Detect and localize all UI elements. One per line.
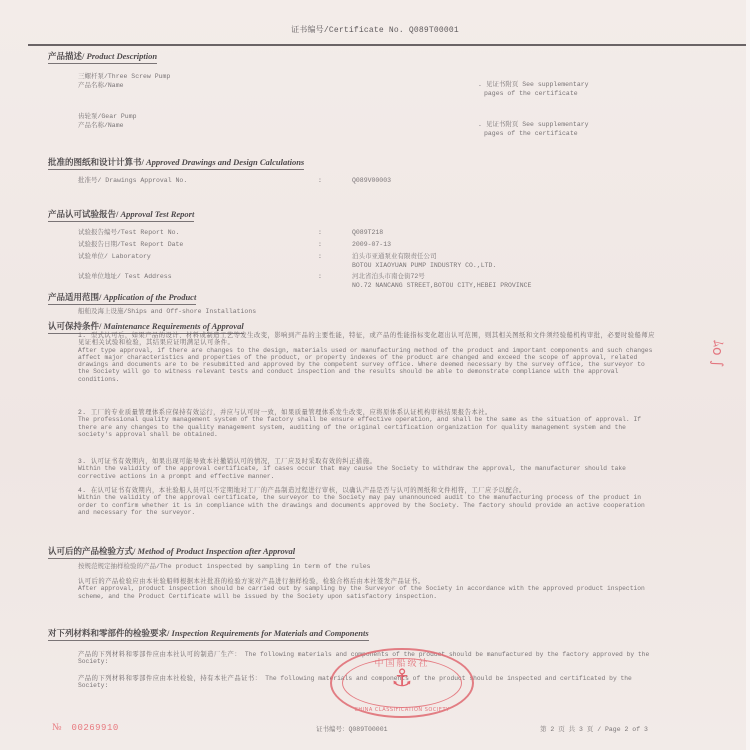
paragraph-en: The professional quality management syst…: [78, 416, 658, 438]
paragraph-cn: 认可后的产品检验应由本社验船师根据本社批准的检验方案对产品进行抽样检验，检验合格…: [78, 578, 658, 585]
note-text: 见证书附页 See supplementary: [486, 121, 589, 128]
paragraph-cn: 产品的下列材料和零部件应由本社认可的制造厂生产：: [78, 651, 241, 658]
laboratory-value-cn: 泊头市亚通泵业有限责任公司: [352, 252, 437, 261]
paragraph-cn: 1. 型式认可后，如果产品的设计、材料或制造工艺等发生改变，影响到产品的主要性能…: [78, 332, 658, 347]
section-title-cn: 对下列材料和零部件的检验要求: [48, 628, 167, 638]
anchor-icon: ⚓: [391, 666, 413, 690]
sep: :: [318, 272, 322, 281]
scan-edge: [746, 0, 750, 750]
paragraph-en: After approval, product inspection shoul…: [78, 585, 658, 600]
section-title-en: Inspection Requirements for Materials an…: [172, 628, 369, 638]
test-report-no-label: 试验报告编号/Test Report No.: [78, 228, 179, 237]
product-name-label-1: 产品名称/Name: [78, 81, 124, 90]
section-title-en: Product Description: [87, 51, 158, 61]
section-title-cn: 产品描述: [48, 51, 82, 61]
certificate-no-label: 证书编号/Certificate No.: [291, 26, 404, 35]
note-text-2: pages of the certificate: [478, 129, 589, 138]
section-inspection-method: 认可后的产品检验方式/ Method of Product Inspection…: [48, 545, 295, 559]
certificate-no-value: Q089T00001: [409, 26, 459, 35]
section-title-en: Method of Product Inspection after Appro…: [138, 546, 296, 556]
test-address-value-en: NO.72 NANCANG STREET,BOTOU CITY,HEBEI PR…: [352, 281, 531, 290]
section-title-en: Approval Test Report: [121, 209, 195, 219]
test-address-value-cn: 河北省泊头市南仓街72号: [352, 272, 425, 281]
test-report-date-value: 2009-07-13: [352, 240, 391, 249]
drawings-approval-label: 批准号/ Drawings Approval No.: [78, 176, 187, 185]
paragraph-cn: 3. 认可证书有效期内，如果出现可能导致本社撤销认可的情况，工厂应及时采取有效的…: [78, 458, 658, 465]
product-note-1: . 见证书附页 See supplementary pages of the c…: [478, 80, 589, 98]
section-title-en: Maintenance Requirements of Approval: [104, 321, 244, 331]
product-type-2: 齿轮泵/Gear Pump: [78, 112, 137, 121]
sep: :: [318, 252, 322, 261]
section-application: 产品适用范围/ Application of the Product: [48, 291, 196, 305]
paragraph-cn: 2. 工厂的专业质量管理体系应保持有效运行，并应与认可时一致，如果质量管理体系发…: [78, 409, 658, 416]
paragraph-cn: 产品的下列材料和零部件应由本社检验，持有本社产品证书：: [78, 675, 262, 682]
serial-number: №00269910: [52, 722, 119, 733]
official-seal-stamp: 中国船级社 ⚓ CHINA CLASSIFICATION SOCIETY: [330, 648, 474, 718]
paragraph-en: Within the validity of the approval cert…: [78, 465, 658, 480]
paragraph-en: After type approval, if there are change…: [78, 347, 658, 383]
section-title-en: Application of the Product: [104, 292, 197, 302]
section-title-cn: 认可保持条件: [48, 321, 99, 331]
serial-no-label: №: [52, 722, 62, 733]
sep: :: [318, 228, 322, 237]
section-approved-drawings: 批准的图纸和设计计算书/ Approved Drawings and Desig…: [48, 156, 304, 170]
paragraph-en: Within the validity of the approval cert…: [78, 494, 658, 516]
sep: :: [318, 240, 322, 249]
maintenance-paragraph-2: 2. 工厂的专业质量管理体系应保持有效运行，并应与认可时一致，如果质量管理体系发…: [78, 409, 658, 438]
section-approval-test-report: 产品认可试验报告/ Approval Test Report: [48, 208, 194, 222]
serial-no-value: 00269910: [72, 723, 119, 733]
section-title-cn: 产品适用范围: [48, 292, 99, 302]
drawings-approval-value: Q089V00003: [352, 176, 391, 185]
product-name-label-2: 产品名称/Name: [78, 121, 124, 130]
laboratory-value-en: BOTOU XIAOYUAN PUMP INDUSTRY CO.,LTD.: [352, 261, 496, 270]
product-note-2: . 见证书附页 See supplementary pages of the c…: [478, 120, 589, 138]
maintenance-paragraph-3: 3. 认可证书有效期内，如果出现可能导致本社撤销认可的情况，工厂应及时采取有效的…: [78, 458, 658, 480]
product-type-1: 三螺杆泵/Three Screw Pump: [78, 72, 170, 81]
test-report-date-label: 试验报告日期/Test Report Date: [78, 240, 183, 249]
certificate-number-header: 证书编号/Certificate No. Q089T00001: [0, 24, 750, 35]
application-text: 船舶及海上设施/Ships and Off-shore Installation…: [78, 307, 256, 316]
certificate-page: 证书编号/Certificate No. Q089T00001 产品描述/ Pr…: [0, 0, 750, 750]
note-text: 见证书附页 See supplementary: [486, 81, 589, 88]
section-materials: 对下列材料和零部件的检验要求/ Inspection Requirements …: [48, 627, 369, 641]
side-handwritten-mark: ﾑo ∫: [708, 340, 728, 367]
test-report-no-value: Q089T218: [352, 228, 383, 237]
laboratory-label: 试验单位/ Laboratory: [78, 252, 151, 261]
maintenance-paragraph-4: 4. 在认可证书有效期内，本社验船人员可以不定期地对工厂的产品制造过程进行审核，…: [78, 487, 658, 516]
section-title-cn: 批准的图纸和设计计算书: [48, 157, 142, 167]
maintenance-paragraph-1: 1. 型式认可后，如果产品的设计、材料或制造工艺等发生改变，影响到产品的主要性能…: [78, 332, 658, 383]
section-title-cn: 认可后的产品检验方式: [48, 546, 133, 556]
inspection-method-line: 按规范规定抽样检验的产品/The product inspected by sa…: [78, 562, 371, 571]
test-address-label: 试验单位地址/ Test Address: [78, 272, 172, 281]
section-title-en: Approved Drawings and Design Calculation…: [146, 157, 304, 167]
seal-bottom-text: CHINA CLASSIFICATION SOCIETY: [332, 707, 472, 713]
header-rule: [28, 44, 748, 46]
drawings-approval-sep: :: [318, 176, 322, 185]
section-title-cn: 产品认可试验报告: [48, 209, 116, 219]
paragraph-cn: 4. 在认可证书有效期内，本社验船人员可以不定期地对工厂的产品制造过程进行审核，…: [78, 487, 658, 494]
note-text-2: pages of the certificate: [478, 89, 589, 98]
inspection-method-paragraph: 认可后的产品检验应由本社验船师根据本社批准的检验方案对产品进行抽样检验，检验合格…: [78, 578, 658, 600]
footer-certificate-no: 证书编号：Q089T00001: [316, 724, 388, 733]
section-product-description: 产品描述/ Product Description: [48, 50, 157, 64]
page-indicator: 第 2 页 共 3 页 / Page 2 of 3: [540, 724, 648, 733]
